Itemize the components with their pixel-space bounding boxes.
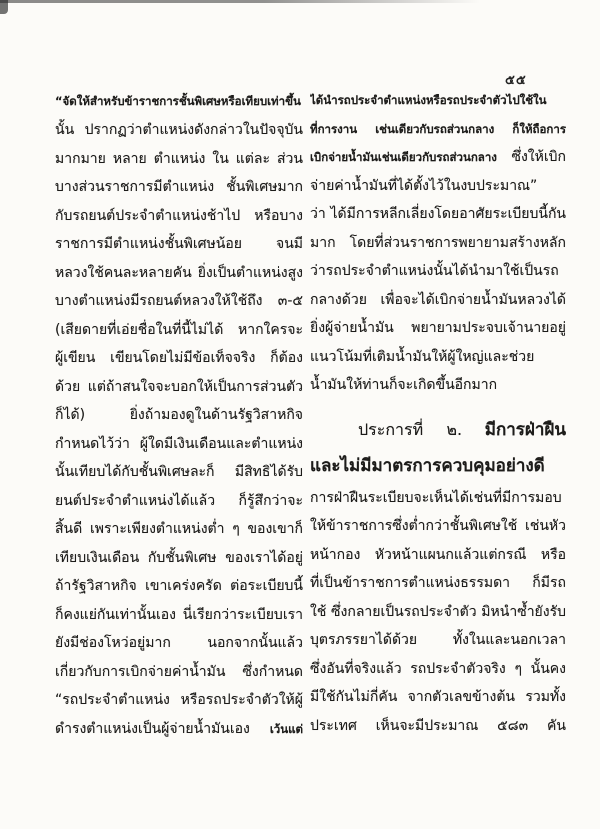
text-segment: นั้นเทียบได้กับชั้นพิเศษละก็ มีสิทธิได้ร… xyxy=(55,464,303,487)
text-line: บางตำแหน่งมีรถยนต์หลวงให้ใช้ถึง ๓-๕ คัน xyxy=(55,287,303,316)
text-segment: น้ำมันให้ท่านก็จะเกิดขึ้นอีกมาก xyxy=(310,377,497,393)
left-column: “จัดให้สำหรับข้าราชการชั้นพิเศษหรือเทียบ… xyxy=(55,86,303,743)
text-line: บุตรภรรยาได้ด้วย ทั้งในและนอกเวลาราชการ xyxy=(310,626,566,655)
text-line: สิ้นดี เพราะเพียงตำแหน่งต่ำ ๆ ของเขาก็จะ xyxy=(55,515,303,544)
text-line: ว่ารถประจำตำแหน่งนั้นได้นำมาใช้เป็นรถส่ว… xyxy=(310,257,566,286)
text-segment: เกี่ยวกับการเบิกจ่ายค่าน้ำมัน ซึ่งกำหนดไ… xyxy=(55,664,303,687)
text-segment: เบิกจ่ายน้ำมันเช่นเดียวกับรถส่วนกลาง xyxy=(310,150,497,164)
text-line: ประเทศ เห็นจะมีประมาณ ๕๘๓ คัน เท่านั้น xyxy=(310,712,566,741)
text-line: ให้ข้าราชการซึ่งต่ำกว่าชั้นพิเศษใช้ เช่น… xyxy=(310,512,566,541)
text-line: บางส่วนราชการมีตำแหน่ง ชั้นพิเศษมากไม่พอ xyxy=(55,173,303,202)
text-segment: ซึ่งอันที่จริงแล้ว รถประจำตัวจริง ๆ นั้น… xyxy=(310,661,566,677)
text-line: “รถประจำตำแหน่ง หรือรถประจำตัวให้ผู้ xyxy=(55,686,303,715)
text-segment: บางส่วนราชการมีตำแหน่ง ชั้นพิเศษมากไม่พอ xyxy=(55,179,303,202)
text-line: ที่การงาน เช่นเดียวกับรถส่วนกลาง ก็ให้ถื… xyxy=(310,115,566,144)
text-segment: ว่ารถประจำตำแหน่งนั้นได้นำมาใช้เป็นรถส่ว… xyxy=(310,263,559,286)
text-line: (เสียดายที่เอ่ยชื่อในที่นี้ไม่ได้ หากใคร… xyxy=(55,316,303,345)
text-line: ยิ่งผู้จ่ายน้ำมัน พยายามประจบเจ้านายอยู่… xyxy=(310,314,566,343)
text-line: หลวงใช้คนละหลายคัน ยิ่งเป็นตำแหน่งสูง ๆ xyxy=(55,259,303,288)
text-line: นั้นเทียบได้กับชั้นพิเศษละก็ มีสิทธิได้ร… xyxy=(55,458,303,487)
text-line: ยนต์ประจำตำแหน่งได้แล้ว ก็รู้สึกว่าจะวุ่… xyxy=(55,487,303,516)
text-segment: ใช้ ซึ่งกลายเป็นรถประจำตัว มิหนำซ้ำยังรั… xyxy=(310,604,566,620)
text-segment: ประการที่ ๒. xyxy=(358,420,462,439)
text-segment: ยนต์ประจำตำแหน่งได้แล้ว ก็รู้สึกว่าจะวุ่… xyxy=(55,493,303,516)
text-line: การฝ่าฝืนระเบียบจะเห็นได้เช่นที่มีการมอบ… xyxy=(310,484,566,513)
text-segment: ที่การงาน เช่นเดียวกับรถส่วนกลาง ก็ให้ถื… xyxy=(310,122,566,136)
text-segment: บางตำแหน่งมีรถยนต์หลวงให้ใช้ถึง ๓-๕ คัน xyxy=(55,293,303,316)
text-segment: “รถประจำตำแหน่ง หรือรถประจำตัวให้ผู้ xyxy=(55,692,303,708)
text-line: เกี่ยวกับการเบิกจ่ายค่าน้ำมัน ซึ่งกำหนดไ… xyxy=(55,658,303,687)
text-segment: กลางด้วย เพื่อจะได้เบิกจ่ายน้ำมันหลวงได้ xyxy=(310,292,566,308)
text-segment: มีใช้กันไม่กี่คัน จากตัวเลขข้างต้น รวมทั… xyxy=(310,689,566,705)
text-line: ราชการมีตำแหน่งชั้นพิเศษน้อย จนมีรถยนต์ xyxy=(55,230,303,259)
text-line: ด้วย แต่ถ้าสนใจจะบอกให้เป็นการส่วนตัว xyxy=(55,373,303,402)
text-line: หน้ากอง หัวหน้าแผนกแล้วแต่กรณี หรือบาง xyxy=(310,541,566,570)
text-line: ถ้ารัฐวิสาหกิจ เขาเคร่งครัด ต่อระเบียบนี… xyxy=(55,572,303,601)
text-line: กับรถยนต์ประจำตำแหน่งช้าไป หรือบางส่วน xyxy=(55,202,303,231)
text-line: กำหนดไว้ว่า ผู้ใดมีเงินเดือนและตำแหน่ง xyxy=(55,430,303,459)
text-segment: ยิ่งผู้จ่ายน้ำมัน พยายามประจบเจ้านายอยู่… xyxy=(310,320,566,343)
text-line: ได้นำรถประจำตำแหน่งหรือรถประจำตัวไปใช้ใน… xyxy=(310,86,566,115)
scan-artifact-corner xyxy=(0,0,8,14)
text-segment: มาก โดยที่ส่วนราชการพยายามสร้างหลักฐาน xyxy=(310,235,566,258)
text-segment: จ่ายค่าน้ำมันที่ได้ตั้งไว้ในงบประมาณ” ปร… xyxy=(310,178,537,201)
text-segment: ด้วย แต่ถ้าสนใจจะบอกให้เป็นการส่วนตัว xyxy=(55,379,303,395)
text-segment: ถ้ารัฐวิสาหกิจ เขาเคร่งครัด ต่อระเบียบนี… xyxy=(55,578,303,601)
text-line: แนวโน้มที่เติมน้ำมันให้ผู้ใหญ่และช่วยประ… xyxy=(310,343,566,372)
section-heading: และไม่มีมาตรการควบคุมอย่างดีพอ xyxy=(310,448,566,484)
text-segment: บุตรภรรยาได้ด้วย ทั้งในและนอกเวลาราชการ xyxy=(310,632,566,655)
text-line: มีใช้กันไม่กี่คัน จากตัวเลขข้างต้น รวมทั… xyxy=(310,683,566,712)
text-segment: (เสียดายที่เอ่ยชื่อในที่นี้ไม่ได้ หากใคร… xyxy=(55,322,303,345)
text-line: กลางด้วย เพื่อจะได้เบิกจ่ายน้ำมันหลวงได้ xyxy=(310,286,566,315)
text-segment: หน้ากอง หัวหน้าแผนกแล้วแต่กรณี หรือบาง xyxy=(310,547,566,570)
text-line: ดำรงตำแหน่งเป็นผู้จ่ายน้ำมันเอง เว้นแต่ก… xyxy=(55,715,303,744)
text-segment: กำหนดไว้ว่า ผู้ใดมีเงินเดือนและตำแหน่ง xyxy=(55,436,303,452)
text-segment: ที่เป็นข้าราชการตำแหน่งธรรมดา ก็มีรถหลวง xyxy=(310,575,566,598)
text-segment: ก็คงแย่กันเท่านั้นเอง นี่เรียกว่าระเบียบ… xyxy=(55,607,303,623)
text-line: “จัดให้สำหรับข้าราชการชั้นพิเศษหรือเทียบ… xyxy=(55,86,303,116)
text-segment: ผู้เขียน เขียนโดยไม่มีข้อเท็จจริง ก็ต้อง… xyxy=(55,350,303,373)
text-segment: ก็ได้) ยิ่งถ้ามองดูในด้านรัฐวิสาหกิจ ระเ… xyxy=(55,407,303,430)
text-line: ก็ได้) ยิ่งถ้ามองดูในด้านรัฐวิสาหกิจ ระเ… xyxy=(55,401,303,430)
text-line: เบิกจ่ายน้ำมันเช่นเดียวกับรถส่วนกลาง ซึ่… xyxy=(310,143,566,172)
text-segment: ยังมีช่องโหว่อยู่มาก นอกจากนั้นแล้วระเบี… xyxy=(55,635,303,658)
text-segment: ประเทศ เห็นจะมีประมาณ ๕๘๓ คัน เท่านั้น xyxy=(310,718,566,741)
text-segment: หลวงใช้คนละหลายคัน ยิ่งเป็นตำแหน่งสูง ๆ xyxy=(55,265,303,288)
text-segment: “จัดให้สำหรับข้าราชการชั้นพิเศษหรือเทียบ… xyxy=(55,94,301,116)
text-line: ที่เป็นข้าราชการตำแหน่งธรรมดา ก็มีรถหลวง xyxy=(310,569,566,598)
text-segment: ได้นำรถประจำตำแหน่งหรือรถประจำตัวไปใช้ใน… xyxy=(310,93,547,115)
text-segment: และไม่มีมาตรการควบคุมอย่างดีพอ xyxy=(310,456,545,484)
text-line: ใช้ ซึ่งกลายเป็นรถประจำตัว มิหนำซ้ำยังรั… xyxy=(310,598,566,627)
text-line: ผู้เขียน เขียนโดยไม่มีข้อเท็จจริง ก็ต้อง… xyxy=(55,344,303,373)
text-line: ยังมีช่องโหว่อยู่มาก นอกจากนั้นแล้วระเบี… xyxy=(55,629,303,658)
section-heading: ประการที่ ๒. มีการฝ่าฝืนระเบียบ xyxy=(310,412,566,448)
text-segment: ว่า ได้มีการหลีกเลี่ยงโดยอาศัยระเบียบนี้… xyxy=(310,206,566,222)
text-segment: ราชการมีตำแหน่งชั้นพิเศษน้อย จนมีรถยนต์ xyxy=(55,236,303,259)
right-column: ได้นำรถประจำตำแหน่งหรือรถประจำตัวไปใช้ใน… xyxy=(310,86,566,740)
text-line: ว่า ได้มีการหลีกเลี่ยงโดยอาศัยระเบียบนี้… xyxy=(310,200,566,229)
text-segment: ดำรงตำแหน่งเป็นผู้จ่ายน้ำมันเอง xyxy=(55,721,250,737)
text-line: จ่ายค่าน้ำมันที่ได้ตั้งไว้ในงบประมาณ” ปร… xyxy=(310,172,566,201)
text-segment: นั้น ปรากฏว่าตำแหน่งดังกล่าวในปัจจุบันมี xyxy=(55,122,303,145)
text-line: นั้น ปรากฏว่าตำแหน่งดังกล่าวในปัจจุบันมี xyxy=(55,116,303,145)
text-segment: ให้ข้าราชการซึ่งต่ำกว่าชั้นพิเศษใช้ เช่น… xyxy=(310,518,566,534)
text-line: ก็คงแย่กันเท่านั้นเอง นี่เรียกว่าระเบียบ… xyxy=(55,601,303,630)
text-segment: แนวโน้มที่เติมน้ำมันให้ผู้ใหญ่และช่วยประ… xyxy=(310,349,534,372)
text-line: ซึ่งอันที่จริงแล้ว รถประจำตัวจริง ๆ นั้น… xyxy=(310,655,566,684)
text-line: น้ำมันให้ท่านก็จะเกิดขึ้นอีกมาก xyxy=(310,371,566,400)
text-line: มาก โดยที่ส่วนราชการพยายามสร้างหลักฐาน xyxy=(310,229,566,258)
text-segment: ซึ่งให้เบิก xyxy=(511,149,566,165)
scan-artifact-top-edge xyxy=(0,0,480,3)
text-segment: เทียบเงินเดือน กับชั้นพิเศษ ของเราได้อยู… xyxy=(55,550,303,573)
text-segment: มากมาย หลาย ตำแหน่ง ใน แต่ละ ส่วน ราชการ xyxy=(55,151,303,174)
text-line: มากมาย หลาย ตำแหน่ง ใน แต่ละ ส่วน ราชการ xyxy=(55,145,303,174)
text-segment: การฝ่าฝืนระเบียบจะเห็นได้เช่นที่มีการมอบ… xyxy=(310,490,562,513)
text-segment: กับรถยนต์ประจำตำแหน่งช้าไป หรือบางส่วน xyxy=(55,208,303,231)
text-line: เทียบเงินเดือน กับชั้นพิเศษ ของเราได้อยู… xyxy=(55,544,303,573)
text-segment: สิ้นดี เพราะเพียงตำแหน่งต่ำ ๆ ของเขาก็จะ xyxy=(55,521,303,544)
document-page: ๕๕ “จัดให้สำหรับข้าราชการชั้นพิเศษหรือเท… xyxy=(0,0,600,829)
